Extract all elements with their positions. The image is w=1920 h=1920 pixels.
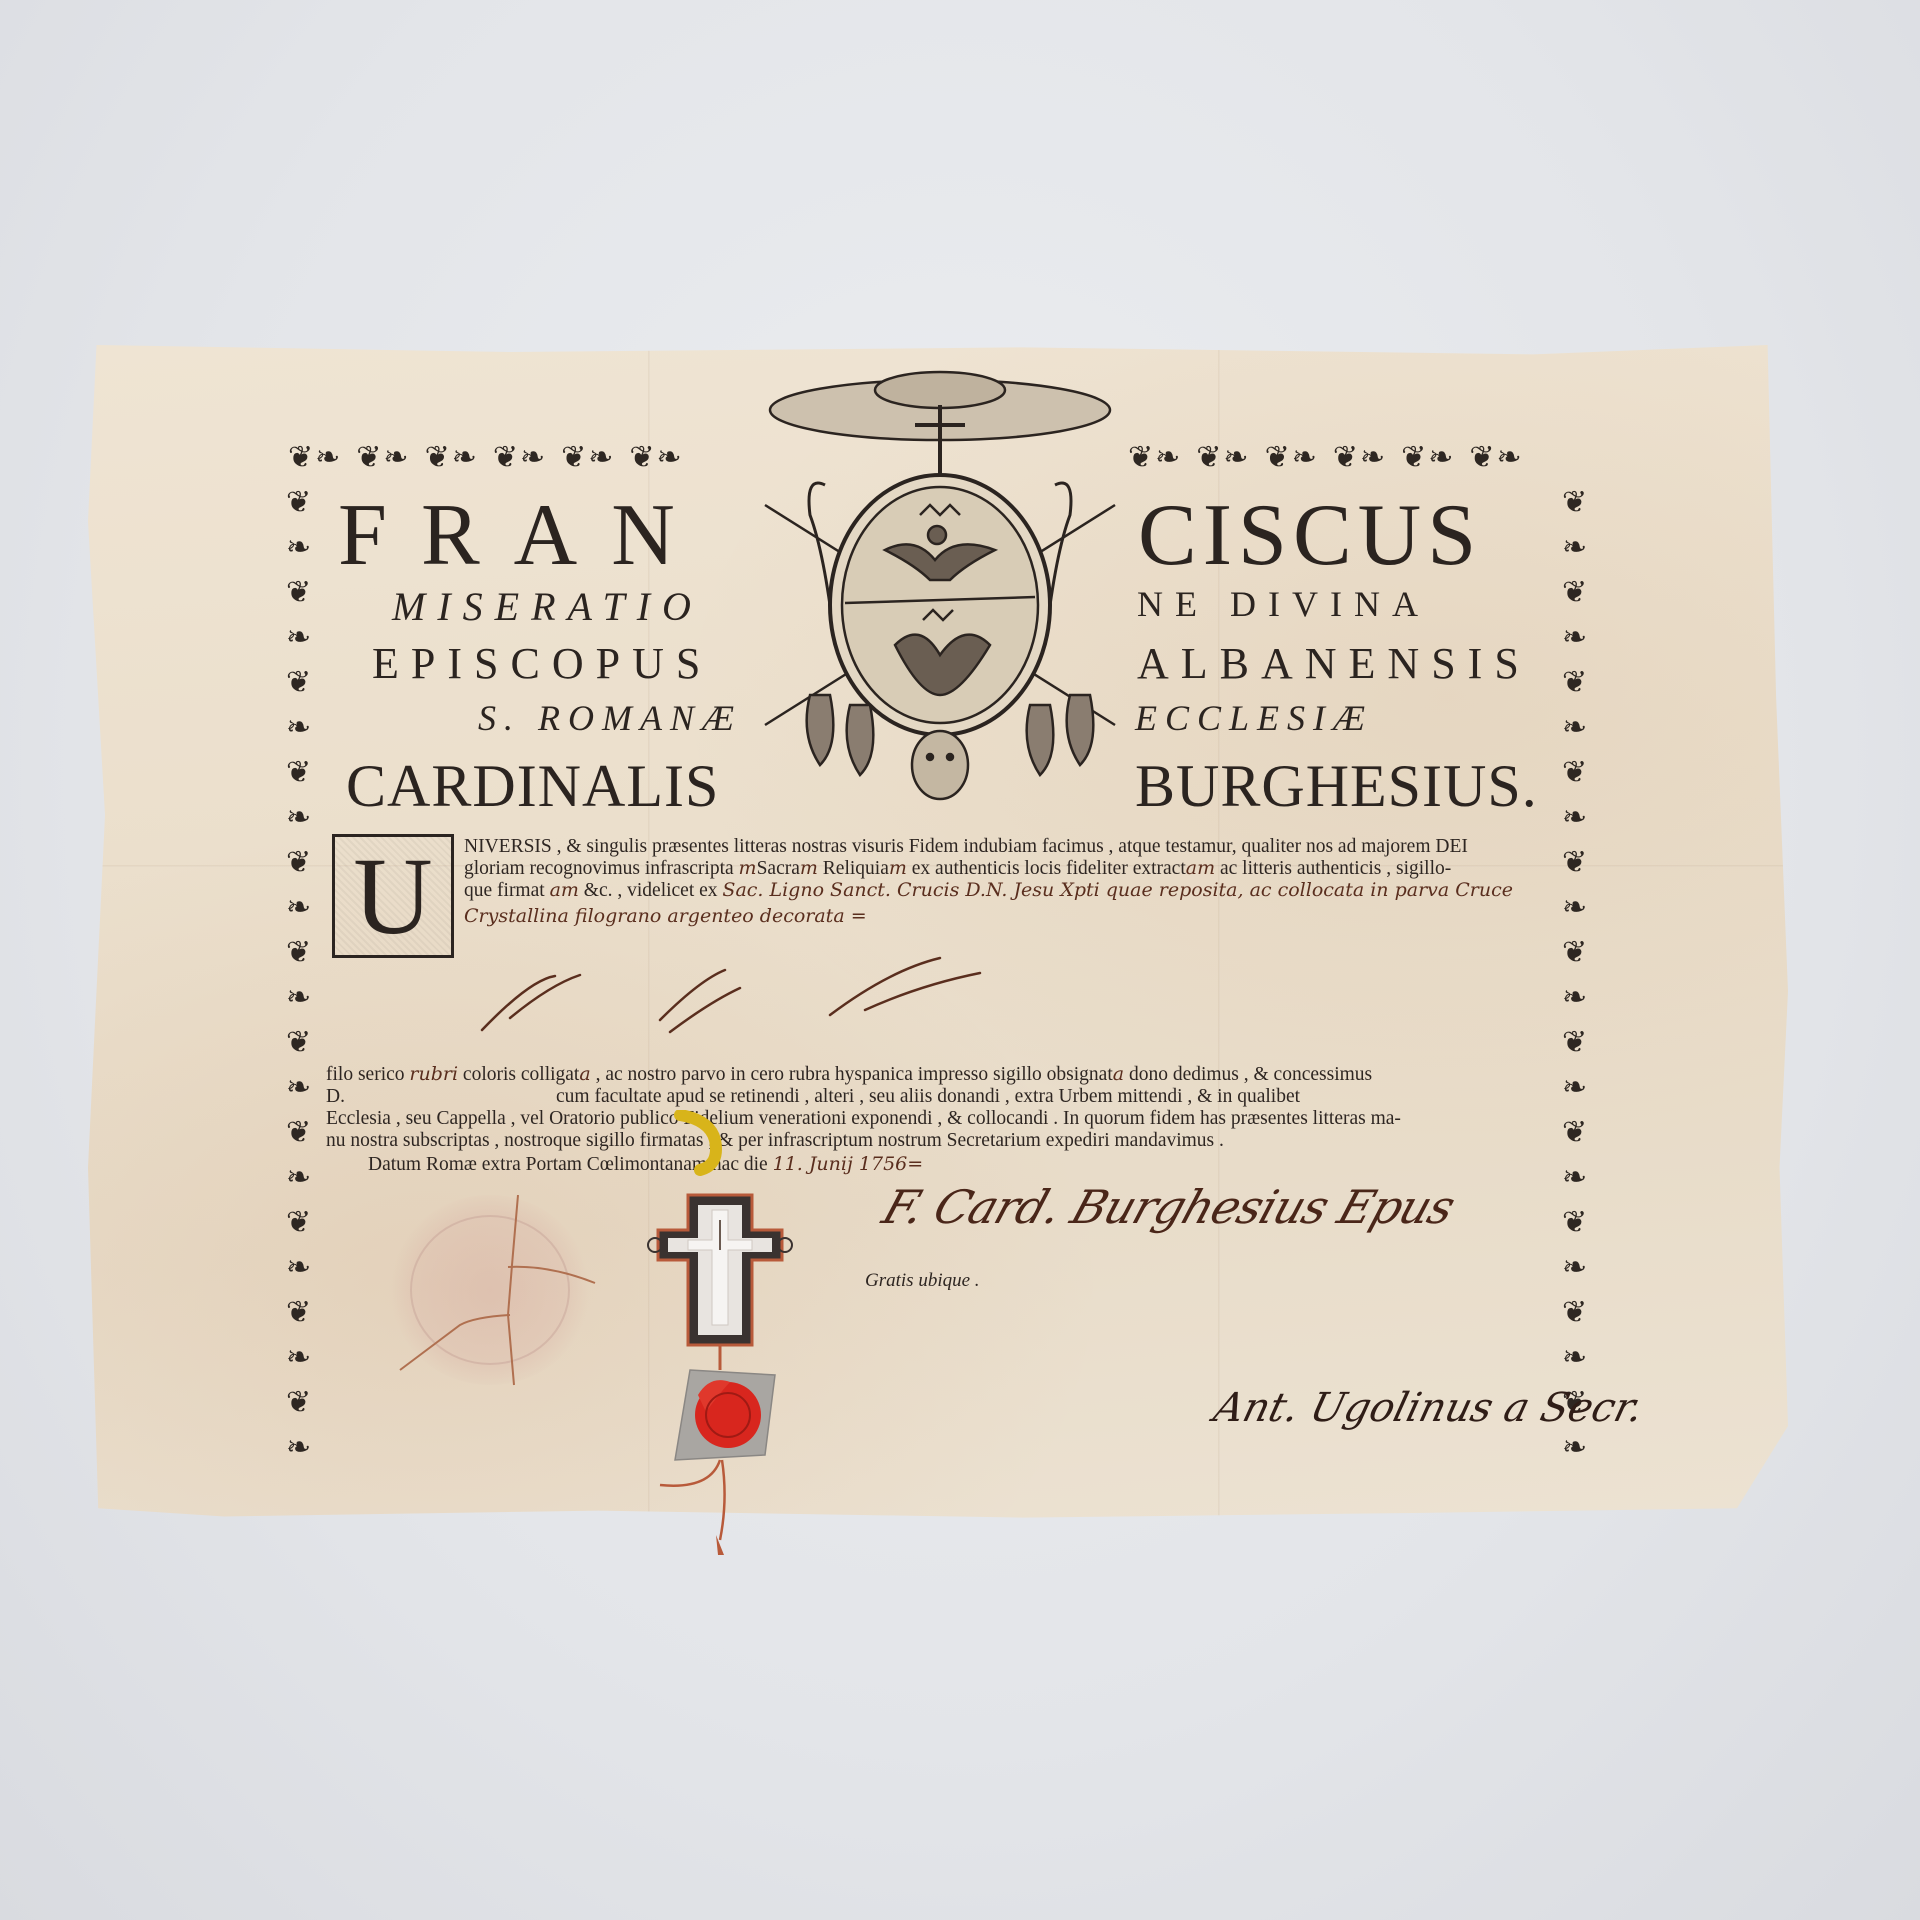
- heading-ne-divina: NE DIVINA: [1137, 583, 1430, 625]
- body-line: que firmat am &c. , videlicet ex Sac. Li…: [464, 880, 1513, 901]
- body-line: Ecclesia , seu Cappella , vel Oratorio p…: [326, 1108, 1401, 1129]
- ornament-border-left: ❦❧❦❧❦❧❦❧❦❧❦❧❦❧❦❧❦❧❦❧❦❧: [286, 485, 311, 1465]
- coat-of-arms-icon: [735, 365, 1145, 810]
- heading-ciscus: CISCUS: [1138, 492, 1482, 580]
- body-line: gloriam recognovimus infrascripta mSacra…: [464, 858, 1451, 879]
- heading-ecclesiae: ECCLESIÆ: [1135, 697, 1373, 739]
- body-line: NIVERSIS , & singulis præsentes litteras…: [464, 836, 1468, 857]
- blank-fill-strokes: [470, 940, 1450, 1050]
- heading-episcopus: EPISCOPUS: [372, 638, 712, 689]
- body-line: filo serico rubri coloris colligata , ac…: [326, 1064, 1372, 1085]
- ornament-border-top-left: ❦❧❦❧❦❧❦❧❦❧❦❧: [288, 440, 684, 475]
- cardinal-signature: F. Card. Burghesius Epus: [876, 1180, 1461, 1234]
- heading-miseratio: MISERATIO: [392, 583, 703, 630]
- body-line: D. cum facultate apud se retinendi , alt…: [326, 1086, 345, 1107]
- reliquary-cross-icon: [640, 1110, 800, 1560]
- heading-cardinalis: CARDINALIS: [346, 752, 719, 821]
- heading-burghesius: BURGHESIUS.: [1135, 752, 1538, 821]
- body-line-manuscript: Crystallina filograno argenteo decorata …: [464, 906, 867, 927]
- paper-crack: [380, 1195, 600, 1395]
- secretary-signature: Ant. Ugolinus a Secr.: [1209, 1385, 1648, 1431]
- heading-albanensis: ALBANENSIS: [1137, 638, 1531, 689]
- heading-fran: FRAN: [338, 492, 709, 580]
- ornament-border-right: ❦❧❦❧❦❧❦❧❦❧❦❧❦❧❦❧❦❧❦❧❦❧: [1562, 485, 1587, 1465]
- ornament-border-top-right: ❦❧❦❧❦❧❦❧❦❧❦❧: [1128, 440, 1524, 475]
- heading-s-romanae: S. ROMANÆ: [478, 697, 742, 739]
- decorated-initial: U: [332, 834, 454, 958]
- gratis-ubique-text: Gratis ubique .: [865, 1270, 980, 1292]
